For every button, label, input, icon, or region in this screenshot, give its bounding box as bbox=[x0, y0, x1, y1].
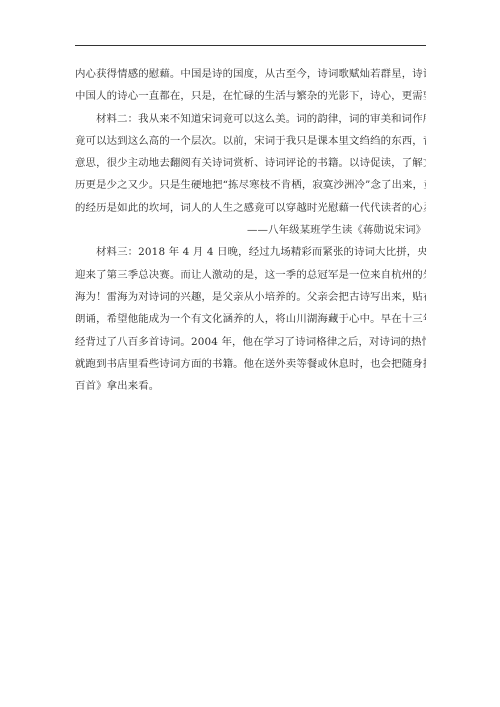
material-three-line-4: 朗诵，希望他能成为一个有文化涵养的人，将山川湖海藏于心中。早在十三年前，雷海为就… bbox=[75, 308, 426, 330]
intro-line-1: 内心获得情感的慰藉。中国是诗的国度，从古至今，诗词歌赋灿若群星，诗词传统源远流长… bbox=[75, 63, 426, 85]
material-three-line-6: 就跑到书店里看些诗词方面的书籍。他在送外卖等餐或休息时，也会把随身携带的《唐诗三 bbox=[75, 353, 426, 375]
intro-line-2: 中国人的诗心一直都在，只是，在忙碌的生活与繁杂的光影下，诗心，更需要被激活。 bbox=[75, 85, 426, 107]
document-body: 内心获得情感的慰藉。中国是诗的国度，从古至今，诗词歌赋灿若群星，诗词传统源远流长… bbox=[75, 63, 426, 397]
material-three-line-3: 海为！雷海为对诗词的兴趣，是父亲从小培养的。父亲会把古诗写出来，贴在家里的墙上，… bbox=[75, 286, 426, 308]
material-two-line-5: 的经历是如此的坎坷，词人的人生之感竟可以穿越时光慰藉一代代读者的心灵。 bbox=[75, 197, 426, 219]
material-two-line-4: 历更是少之又少。只是生硬地把“拣尽寒枝不肯栖，寂寞沙洲冷”念了出来，竟未料想到词… bbox=[75, 174, 426, 196]
material-three-line-2: 迎来了第三季总决赛。而让人激动的是，这一季的总冠军是一位来自杭州的外卖小哥——雷 bbox=[75, 264, 426, 286]
material-three-line-1: 材料三：2018 年 4 月 4 日晚，经过九场精彩而紧张的诗词大比拼，央视《中… bbox=[75, 241, 426, 263]
material-two-line-1: 材料二：我从来不知道宋词竟可以这么美。词的韵律，词的审美和词作所体现的思想境界 bbox=[75, 108, 426, 130]
material-three-line-5: 经背过了八百多首诗词。2004 年，他在学习了诗词格律之后，对诗词的热情空前高涨… bbox=[75, 331, 426, 353]
material-two-signature: ——八年级某班学生读《蒋勋说宋词》之感 bbox=[75, 219, 426, 241]
material-two-line-3: 意思，很少主动地去翻阅有关诗词赏析、诗词评论的书籍。以诗促读，了解文人背后的身世… bbox=[75, 152, 426, 174]
header-rule bbox=[75, 45, 426, 46]
material-three-line-7: 百首》拿出来看。 bbox=[75, 375, 426, 397]
material-two-line-2: 竟可以达到这么高的一个层次。以前，宋词于我只是课本里文绉绉的东西，背诵、默写、了… bbox=[75, 130, 426, 152]
